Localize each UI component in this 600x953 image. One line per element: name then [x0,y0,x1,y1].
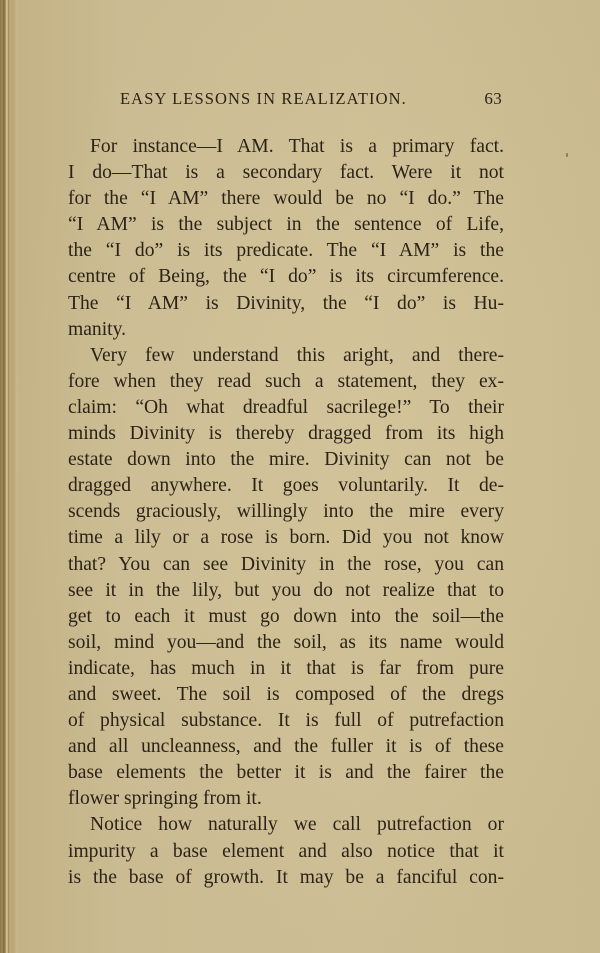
text-line: Very few understand this aright, and the… [68,343,504,369]
paragraph-2: Very few understand this aright, and the… [68,343,504,813]
text-line: Notice how naturally we call putrefactio… [68,812,504,838]
text-line: the “I do” is its predicate. The “I AM” … [68,238,504,264]
body-text: For instance—I AM. That is a primary fac… [68,134,504,891]
text-line: soil, mind you—and the soil, as its name… [68,630,504,656]
text-line: for the “I AM” there would be no “I do.”… [68,186,504,212]
book-binding-edge [0,0,18,953]
text-line: claim: “Oh what dreadful sacrilege!” To … [68,395,504,421]
text-line: fore when they read such a statement, th… [68,369,504,395]
text-line: get to each it must go down into the soi… [68,604,504,630]
page-number: 63 [484,89,502,109]
book-page: EASY LESSONS IN REALIZATION. 63 For inst… [0,0,600,953]
text-line: that? You can see Divinity in the rose, … [68,552,504,578]
text-line: impurity a base element and also notice … [68,839,504,865]
text-line: flower springing from it. [68,786,504,812]
text-line: and sweet. The soil is composed of the d… [68,682,504,708]
running-header: EASY LESSONS IN REALIZATION. 63 [120,89,502,109]
text-line: For instance—I AM. That is a primary fac… [68,134,504,160]
text-line: estate down into the mire. Divinity can … [68,447,504,473]
text-line: indicate, has much in it that is far fro… [68,656,504,682]
running-title: EASY LESSONS IN REALIZATION. [120,89,407,109]
paragraph-1: For instance—I AM. That is a primary fac… [68,134,504,343]
text-line: minds Divinity is thereby dragged from i… [68,421,504,447]
paragraph-3: Notice how naturally we call putrefactio… [68,812,504,890]
text-line: manity. [68,317,504,343]
text-line: of physical substance. It is full of put… [68,708,504,734]
text-line: see it in the lily, but you do not reali… [68,578,504,604]
text-line: “I AM” is the subject in the sentence of… [68,212,504,238]
binding-crease [6,0,8,953]
paper-speck [566,153,568,157]
text-line: is the base of growth. It may be a fanci… [68,865,504,891]
text-line: base elements the better it is and the f… [68,760,504,786]
text-line: I do—That is a secondary fact. Were it n… [68,160,504,186]
text-line: The “I AM” is Divinity, the “I do” is Hu… [68,291,504,317]
text-line: centre of Being, the “I do” is its circu… [68,264,504,290]
text-line: and all uncleanness, and the fuller it i… [68,734,504,760]
text-line: dragged anywhere. It goes voluntarily. I… [68,473,504,499]
text-line: scends graciously, willingly into the mi… [68,499,504,525]
text-line: time a lily or a rose is born. Did you n… [68,525,504,551]
